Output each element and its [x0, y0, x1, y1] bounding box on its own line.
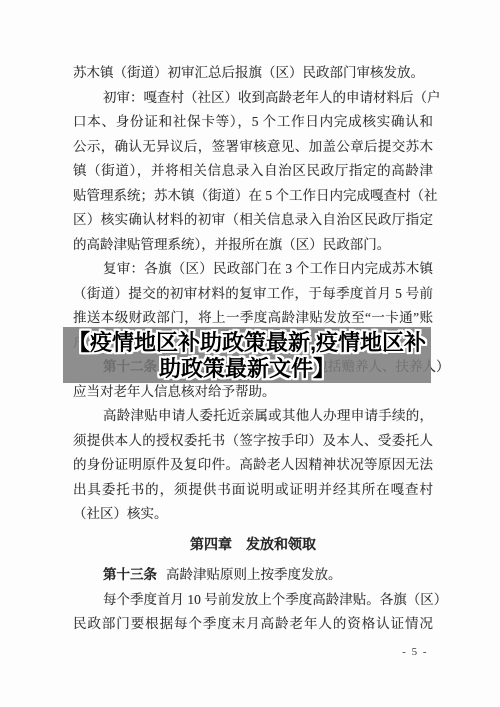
doc-line: 第十三条高龄津贴原则上按季度发放。: [73, 563, 433, 588]
doc-line: 每个季度首月 10 号前发放上个季度高龄津贴。各旗（区）: [73, 588, 433, 613]
doc-line: （社区）核实。: [73, 502, 433, 527]
doc-line: 区）核实确认材料的初审（相关信息录入自治区民政厅指定: [73, 208, 433, 233]
doc-line: 的高龄津贴管理系统），并报所在旗（区）民政部门。: [73, 233, 433, 258]
doc-line: 应当对老年人信息核对给予帮助。: [73, 380, 433, 405]
doc-line: 的身份证明原件及复印件。高龄老人因精神状况等原因无法: [73, 453, 433, 478]
doc-line: （街道）提交的初审材料的复审工作，于每季度首月 5 号前: [73, 282, 433, 307]
headline-overlay-banner: 【疫情地区补助政策最新,疫情地区补 助政策最新文件】: [63, 327, 431, 383]
doc-line: 复审：各旗（区）民政部门在 3 个工作日内完成苏木镇: [73, 257, 433, 282]
doc-line: 民政部门要根据每个季度末月高龄老年人的资格认证情况: [73, 612, 433, 637]
doc-line: 初审：嘎查村（社区）收到高龄老年人的申请材料后（户: [73, 86, 433, 111]
doc-line: 贴管理系统；苏木镇（街道）在 5 个工作日内完成嘎查村（社: [73, 184, 433, 209]
headline-line-1: 【疫情地区补助政策最新,疫情地区补: [68, 330, 426, 356]
headline-line-2: 助政策最新文件】: [159, 356, 335, 382]
doc-line: 第四章 发放和领取: [73, 534, 433, 559]
doc-line: 苏木镇（街道）初审汇总后报旗（区）民政部门审核发放。: [73, 61, 433, 86]
page-number: - 5 -: [402, 646, 428, 658]
scanned-document-page: 苏木镇（街道）初审汇总后报旗（区）民政部门审核发放。初审：嘎查村（社区）收到高龄…: [0, 0, 500, 707]
article-number: 第十三条: [103, 567, 157, 582]
doc-line: 公示，确认无异议后，签署审核意见、加盖公章后提交苏木: [73, 135, 433, 160]
doc-line: 高龄津贴申请人委托近亲属或其他人办理申请手续的，: [73, 404, 433, 429]
doc-line: 口本、身份证和社保卡等），5 个工作日内完成核实确认和: [73, 110, 433, 135]
doc-line: 出具委托书的，须提供书面说明或证明并经其所在嘎查村: [73, 478, 433, 503]
doc-line: 镇（街道），并将相关信息录入自治区民政厅指定的高龄津: [73, 159, 433, 184]
doc-line: 须提供本人的授权委托书（签字按手印）及本人、受委托人: [73, 429, 433, 454]
